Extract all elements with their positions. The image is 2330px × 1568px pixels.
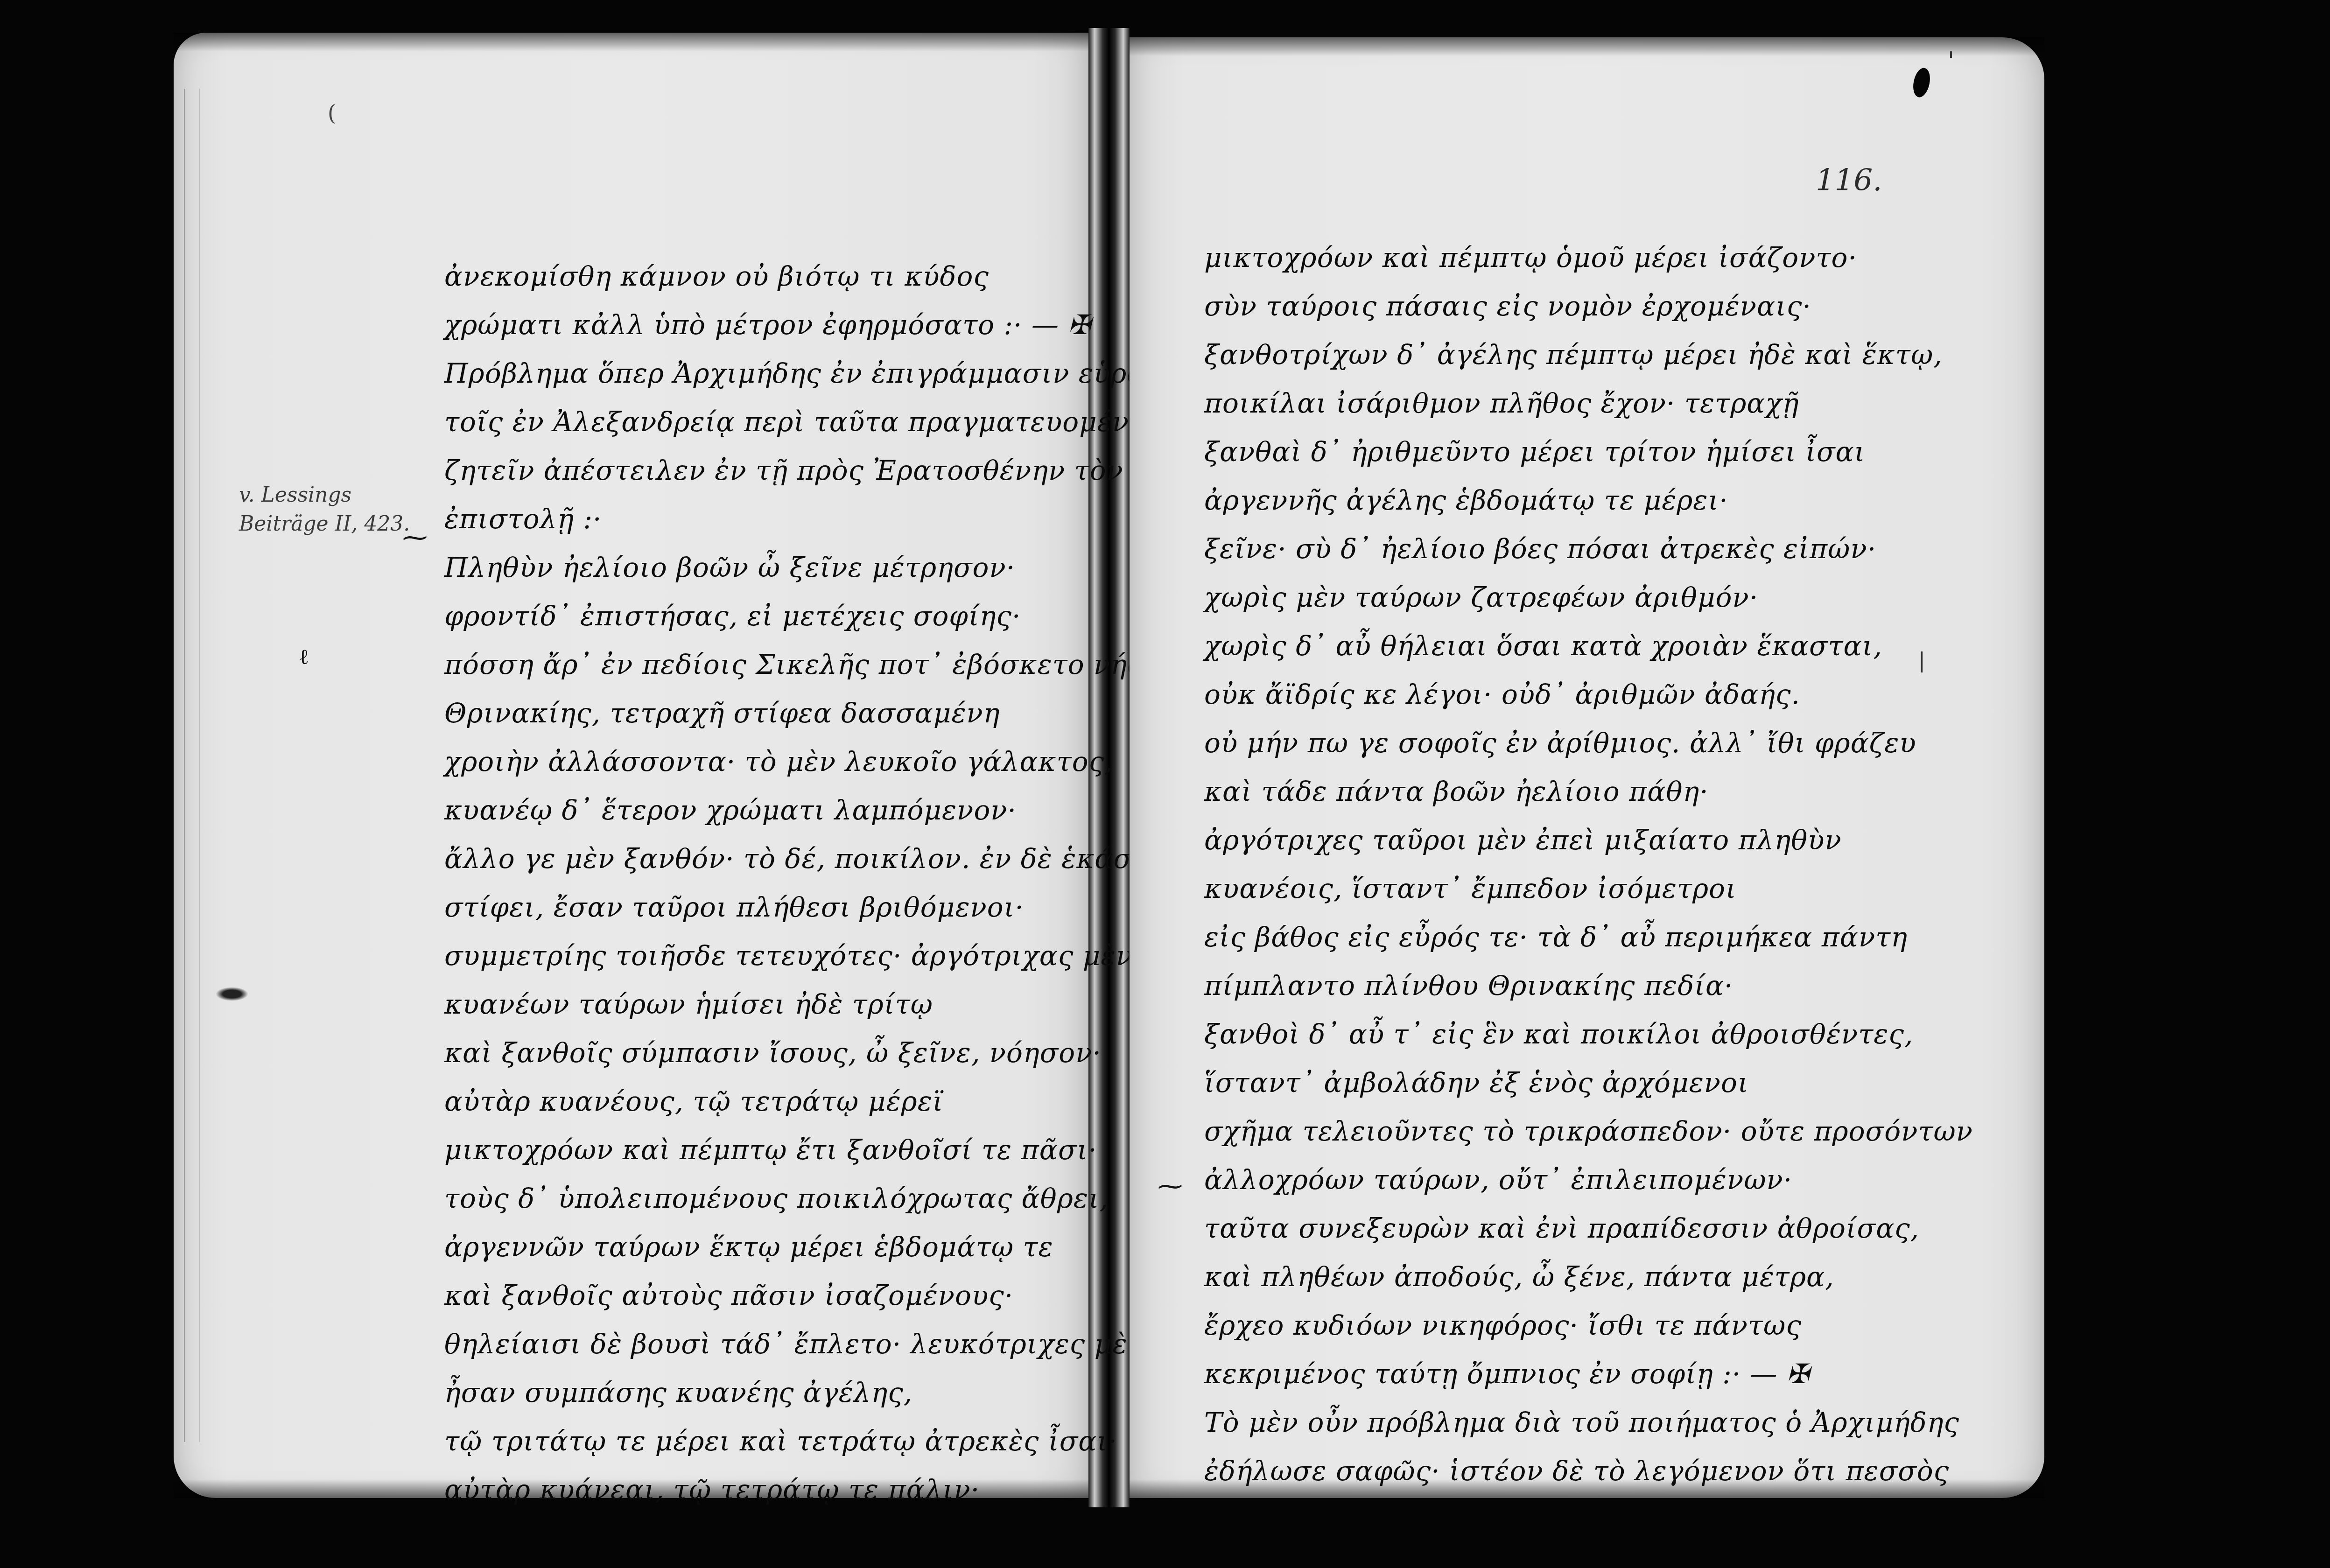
text-line: Τὸ μὲν οὖν πρόβλημα διὰ τοῦ ποιήματος ὁ … bbox=[1204, 1398, 1973, 1447]
margin-note-line-1: v. Lessings bbox=[239, 481, 410, 510]
paragraph-mark-icon: ⁓ bbox=[402, 523, 428, 552]
text-line: καὶ πληθέων ἀποδούς, ὦ ξένε, πάντα μέτρα… bbox=[1204, 1253, 1973, 1301]
text-line: ταῦτα συνεξευρὼν καὶ ἐνὶ πραπίδεσσιν ἀθρ… bbox=[1204, 1204, 1973, 1253]
marginal-annotation: v. Lessings Beiträge II, 423. bbox=[239, 481, 410, 539]
page-edge-stack bbox=[184, 89, 200, 1442]
stray-mark bbox=[1950, 51, 1952, 58]
text-line: καὶ τάδε πάντα βοῶν ἠελίοιο πάθη· bbox=[1204, 767, 1973, 816]
paragraph-mark-icon: ⁓ bbox=[1158, 1171, 1183, 1201]
text-line: χωρὶς μὲν ταύρων ζατρεφέων ἀριθμόν· bbox=[1204, 573, 1973, 622]
margin-note-line-2: Beiträge II, 423. bbox=[239, 510, 410, 539]
text-line: εἰς βάθος εἰς εὖρός τε· τὰ δ᾽ αὖ περιμήκ… bbox=[1204, 913, 1973, 961]
text-line: ξεῖνε· σὺ δ᾽ ἠελίοιο βόες πόσαι ἀτρεκὲς … bbox=[1204, 525, 1973, 573]
text-line: ἐδήλωσε σαφῶς· ἱστέον δὲ τὸ λεγόμενον ὅτ… bbox=[1204, 1447, 1973, 1495]
text-line: ξανθοὶ δ᾽ αὖ τ᾽ εἰς ἓν καὶ ποικίλοι ἀθρο… bbox=[1204, 1010, 1973, 1058]
text-line: ἀργότριχες ταῦροι μὲν ἐπεὶ μιξαίατο πληθ… bbox=[1204, 816, 1973, 864]
text-line: κυανέοις, ἵσταντ᾽ ἔμπεδον ἰσόμετροι bbox=[1204, 864, 1973, 913]
text-line: οὐκ ἄϊδρίς κε λέγοι· οὐδ᾽ ἀριθμῶν ἀδαής. bbox=[1204, 670, 1973, 719]
text-line: ἀργεννῆς ἀγέλης ἑβδομάτῳ τε μέρει· bbox=[1204, 476, 1973, 525]
text-line: κεκριμένος ταύτῃ ὄμπνιος ἐν σοφίῃ :· — ✠ bbox=[1204, 1350, 1973, 1398]
text-line: σὺν ταύροις πάσαις εἰς νομὸν ἐρχομέναις· bbox=[1204, 282, 1973, 330]
top-margin-mark: ( bbox=[328, 100, 336, 126]
text-line: ἵσταντ᾽ ἀμβολάδην ἐξ ἑνὸς ἀρχόμενοι bbox=[1204, 1058, 1973, 1107]
text-line: πίμπλαντο πλίνθου Θρινακίης πεδία· bbox=[1204, 961, 1973, 1010]
stroke-mark-icon: ℓ bbox=[299, 644, 309, 669]
right-page-text: μικτοχρόων καὶ πέμπτῳ ὁμοῦ μέρει ἰσάζοντ… bbox=[1204, 233, 1973, 1495]
text-line: ἀλλοχρόων ταύρων, οὔτ᾽ ἐπιλειπομένων· bbox=[1204, 1155, 1973, 1204]
ink-blot bbox=[216, 987, 248, 1001]
ink-blot bbox=[1911, 66, 1933, 99]
right-page: 116. | ⁓ μικτοχρόων καὶ πέμπτῳ ὁμοῦ μέρε… bbox=[1130, 37, 2044, 1498]
text-line: σχῆμα τελειοῦντες τὸ τρικράσπεδον· οὔτε … bbox=[1204, 1107, 1973, 1155]
text-line: ποικίλαι ἰσάριθμον πλῆθος ἔχον· τετραχῇ bbox=[1204, 379, 1973, 427]
text-line: μικτοχρόων καὶ πέμπτῳ ὁμοῦ μέρει ἰσάζοντ… bbox=[1204, 233, 1973, 282]
text-line: οὐ μήν πω γε σοφοῖς ἐν ἀρίθμιος. ἀλλ᾽ ἴθ… bbox=[1204, 719, 1973, 767]
left-page: ( v. Lessings Beiträge II, 423. ⁓ ℓ ἀνεκ… bbox=[174, 33, 1088, 1498]
text-line: ξανθοτρίχων δ᾽ ἀγέλης πέμπτῳ μέρει ἠδὲ κ… bbox=[1204, 330, 1973, 379]
folio-number: 116. bbox=[1816, 163, 1882, 198]
text-line: χωρὶς δ᾽ αὖ θήλειαι ὅσαι κατὰ χροιὰν ἕκα… bbox=[1204, 622, 1973, 670]
text-line: ξανθαὶ δ᾽ ἠριθμεῦντο μέρει τρίτον ἡμίσει… bbox=[1204, 427, 1973, 476]
text-line: ἔρχεο κυδιόων νικηφόρος· ἴσθι τε πάντως bbox=[1204, 1301, 1973, 1350]
